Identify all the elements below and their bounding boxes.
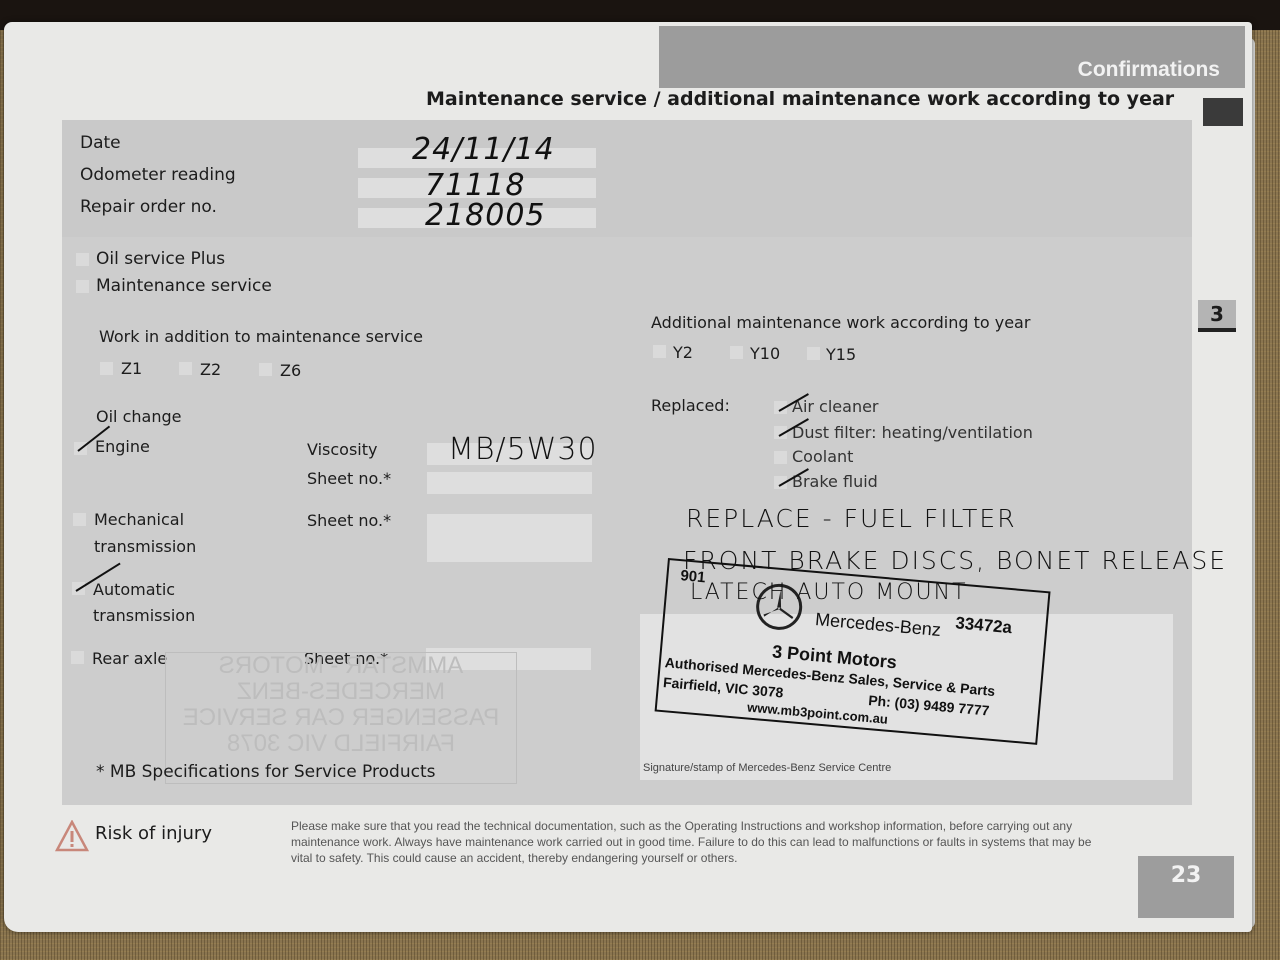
ghost-line: AMMSTAR - MOTORS <box>166 653 516 679</box>
replaced-label: Replaced: <box>651 396 730 415</box>
z6-checkbox[interactable] <box>259 363 272 376</box>
maintenance-service-label: Maintenance service <box>96 276 272 296</box>
page-title: Maintenance service / additional mainten… <box>426 88 1174 110</box>
dust-filter-label: Dust filter: heating/ventilation <box>792 423 1033 442</box>
ghost-line: MERCEDES-BENZ <box>166 679 516 705</box>
y2-label: Y2 <box>673 343 693 362</box>
z1-label: Z1 <box>121 359 142 378</box>
section-title: Confirmations <box>1078 58 1220 82</box>
viscosity-label: Viscosity <box>307 440 377 459</box>
oil-service-plus-checkbox[interactable] <box>76 253 89 266</box>
mechanical-sheet-field[interactable] <box>427 514 592 562</box>
coolant-checkbox[interactable] <box>774 451 787 464</box>
z2-checkbox[interactable] <box>179 362 192 375</box>
date-label: Date <box>80 133 121 153</box>
mechanical-label-2: transmission <box>94 537 196 556</box>
engine-sheet-field[interactable] <box>427 472 592 494</box>
stamp-caption: Signature/stamp of Mercedes-Benz Service… <box>643 762 891 774</box>
warning-triangle-icon <box>55 820 89 856</box>
y10-label: Y10 <box>750 344 780 363</box>
note-line-1: REPLACE - FUEL FILTER <box>686 504 1017 533</box>
title-marker <box>1203 98 1243 126</box>
mechanical-label-1: Mechanical <box>94 510 184 529</box>
risk-of-injury-label: Risk of injury <box>95 823 212 844</box>
mechanical-sheet-label: Sheet no.* <box>307 511 391 530</box>
viscosity-value: MB/5W30 <box>448 432 598 467</box>
coolant-label: Coolant <box>792 447 853 466</box>
stamp-code: 33472a <box>955 613 1013 638</box>
warning-text: Please make sure that you read the techn… <box>291 818 1111 866</box>
automatic-label-1: Automatic <box>93 580 175 599</box>
z1-checkbox[interactable] <box>100 362 113 375</box>
z6-label: Z6 <box>280 361 301 380</box>
air-cleaner-label: Air cleaner <box>792 397 879 416</box>
repair-order-label: Repair order no. <box>80 197 217 217</box>
footnote: * MB Specifications for Service Products <box>96 762 435 782</box>
odometer-label: Odometer reading <box>80 165 236 185</box>
chapter-tab: 3 <box>1198 300 1236 332</box>
automatic-label-2: transmission <box>93 606 195 625</box>
mechanical-transmission-checkbox[interactable] <box>73 513 86 526</box>
ghost-line: PASSENGER CAR SERVICE <box>166 705 516 731</box>
record-panel <box>62 120 1192 250</box>
brake-fluid-label: Brake fluid <box>792 472 878 491</box>
z2-label: Z2 <box>200 360 221 379</box>
rear-axle-checkbox[interactable] <box>71 651 84 664</box>
note-line-3: LATECH AUTO MOUNT <box>690 580 968 605</box>
page-number: 23 <box>1138 856 1234 918</box>
y10-checkbox[interactable] <box>730 346 743 359</box>
oil-service-plus-label: Oil service Plus <box>96 249 225 269</box>
y15-label: Y15 <box>826 345 856 364</box>
repair-order-value: 218005 <box>425 198 546 233</box>
oil-change-heading: Oil change <box>96 407 181 426</box>
ghost-line: FAIRFIELD VIC 3078 <box>166 731 516 757</box>
stamp-brand: Mercedes-Benz <box>814 609 941 641</box>
additional-work-heading: Work in addition to maintenance service <box>99 327 423 346</box>
engine-sheet-label: Sheet no.* <box>307 469 391 488</box>
date-value: 24/11/14 <box>412 132 555 167</box>
y15-checkbox[interactable] <box>807 347 820 360</box>
maintenance-service-checkbox[interactable] <box>76 280 89 293</box>
yearly-work-heading: Additional maintenance work according to… <box>651 313 1030 332</box>
rear-axle-label: Rear axle <box>92 649 167 668</box>
engine-label: Engine <box>95 437 150 456</box>
y2-checkbox[interactable] <box>653 345 666 358</box>
